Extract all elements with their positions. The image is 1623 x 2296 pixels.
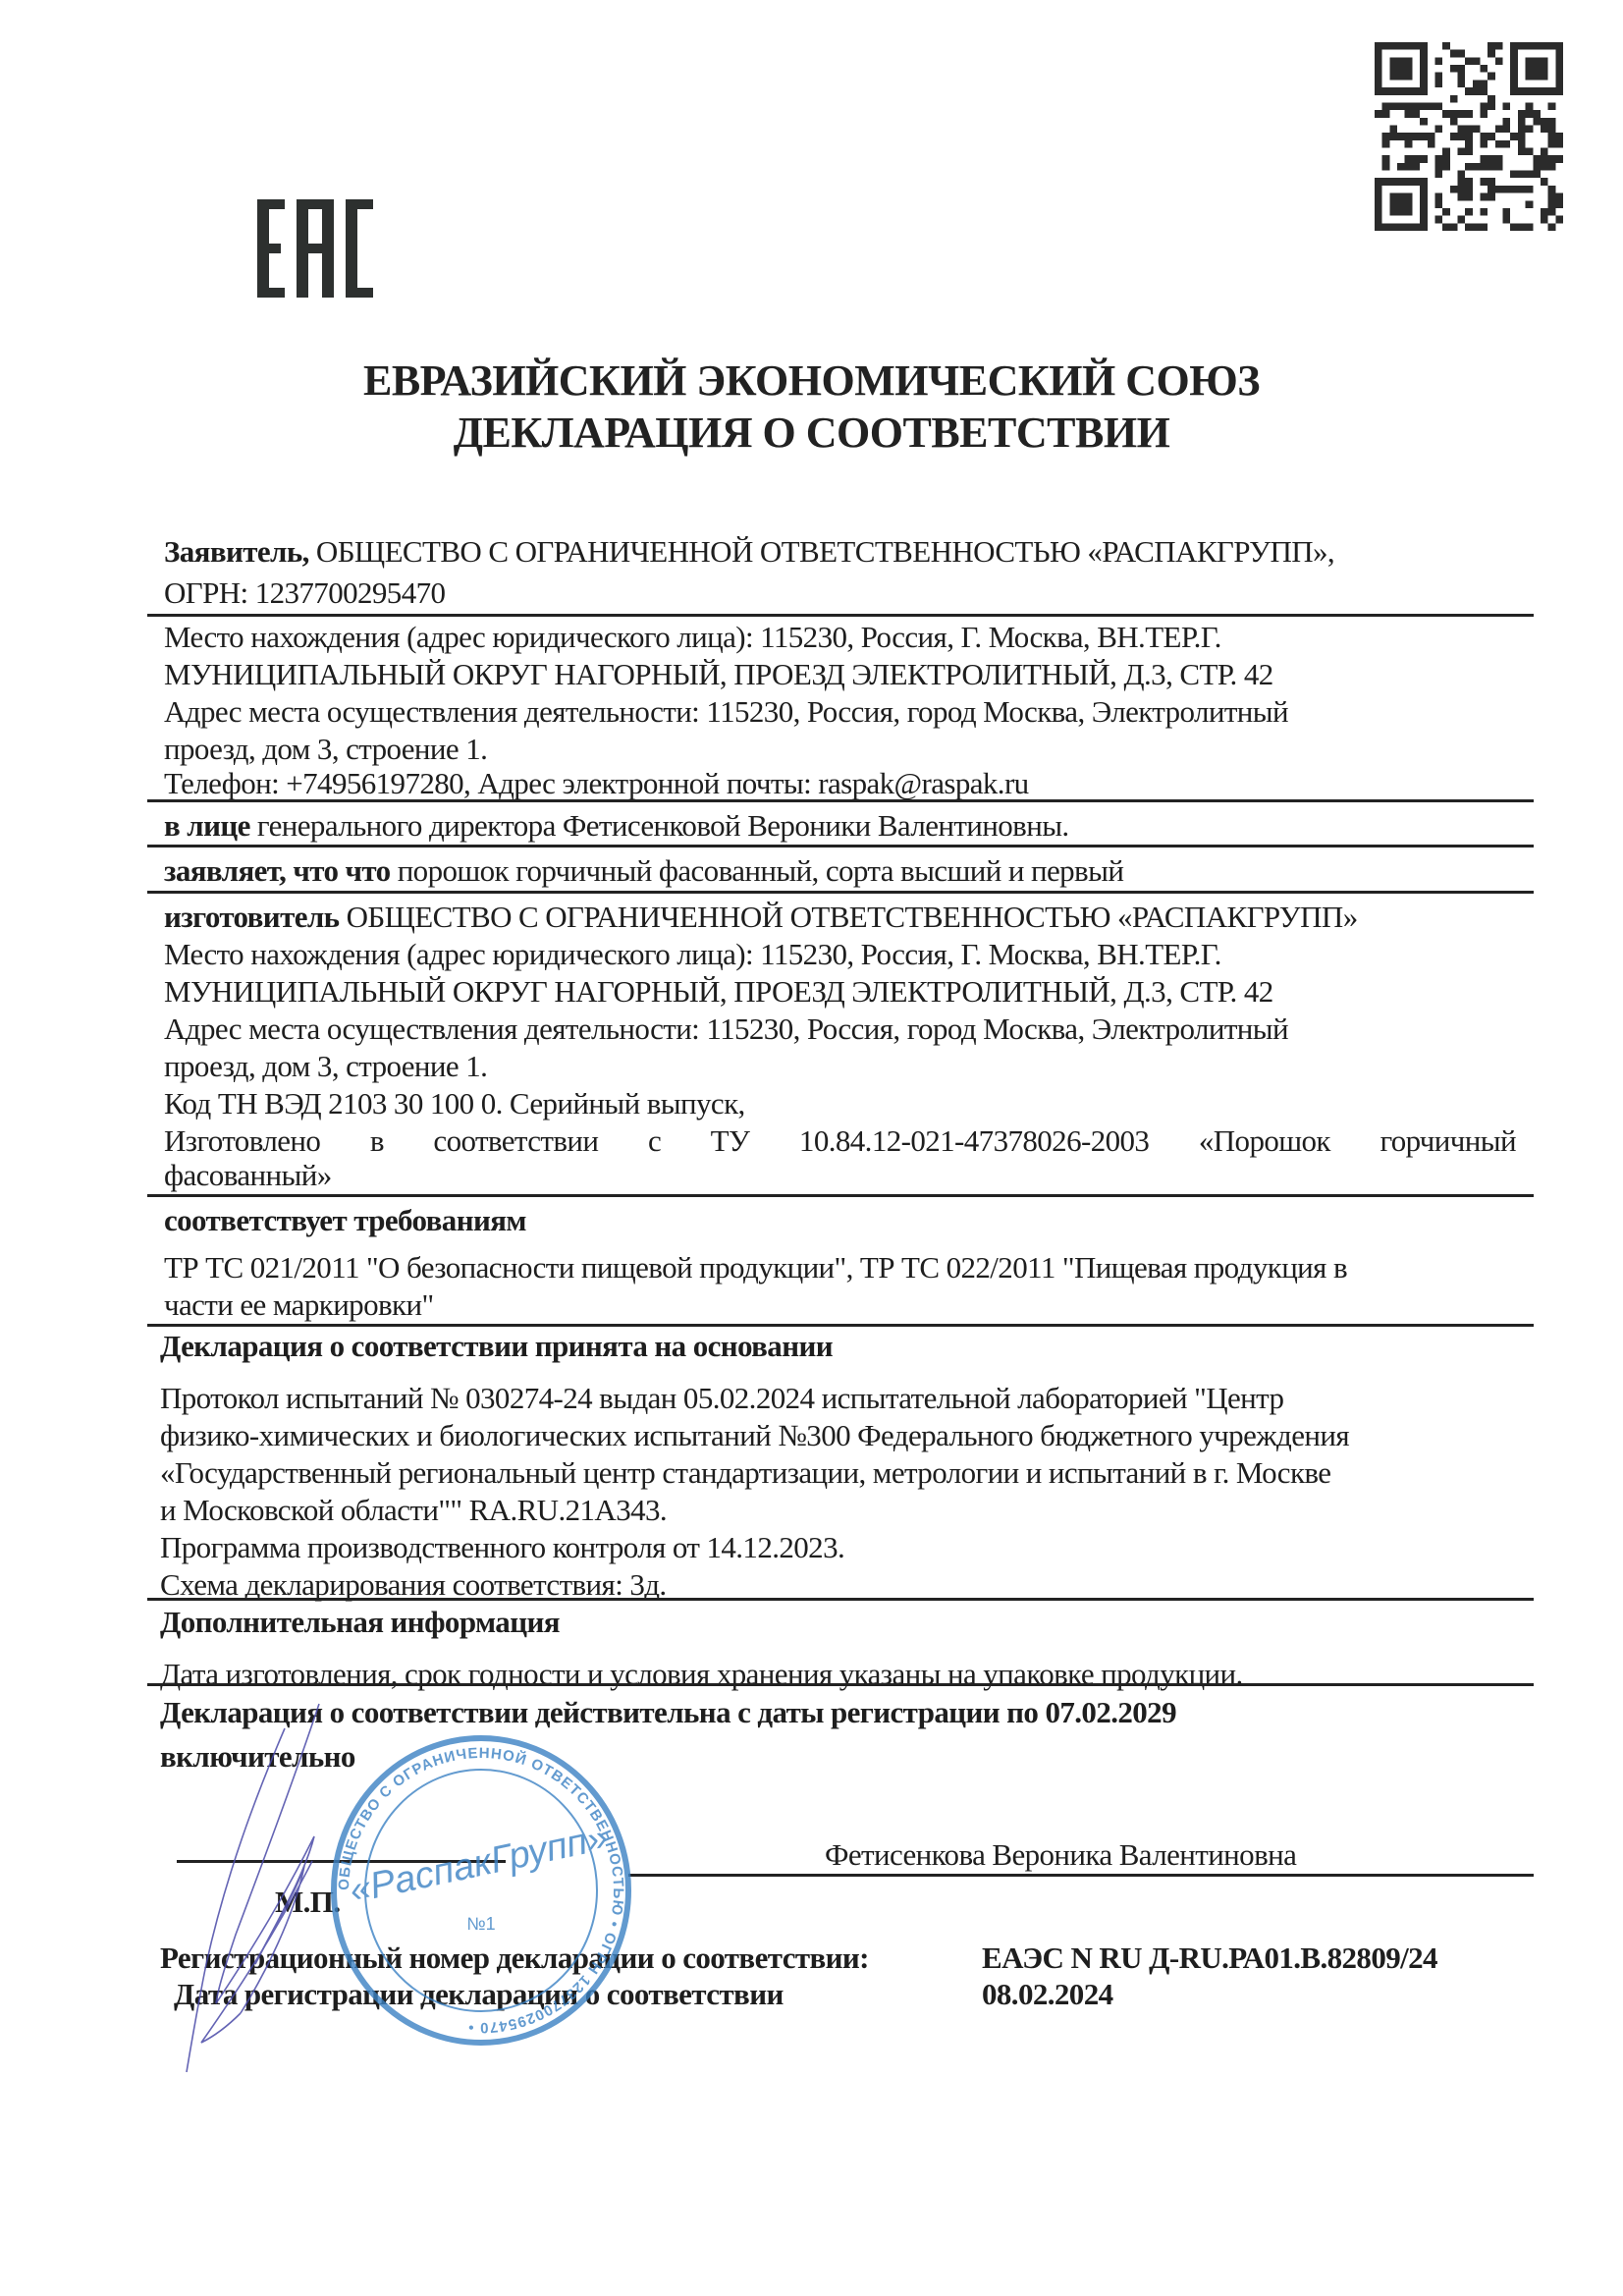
manufacturer-address-2: МУНИЦИПАЛЬНЫЙ ОКРУГ НАГОРНЫЙ, ПРОЕЗД ЭЛЕ… bbox=[164, 973, 1273, 1011]
applicant-ogrn: ОГРН: 1237700295470 bbox=[164, 574, 445, 612]
additional-heading: Дополнительная информация bbox=[160, 1604, 560, 1641]
manufacturer-name: ОБЩЕСТВО С ОГРАНИЧЕННОЙ ОТВЕТСТВЕННОСТЬЮ… bbox=[339, 900, 1357, 934]
divider bbox=[147, 614, 1534, 617]
divider bbox=[147, 1324, 1534, 1327]
svg-text:«РаспакГрупп»: «РаспакГрупп» bbox=[346, 1817, 611, 1912]
applicant-address-1: Место нахождения (адрес юридического лиц… bbox=[164, 619, 1221, 656]
applicant-address-2: МУНИЦИПАЛЬНЫЙ ОКРУГ НАГОРНЫЙ, ПРОЕЗД ЭЛЕ… bbox=[164, 656, 1273, 693]
eac-mark-icon bbox=[257, 199, 373, 298]
manufacturer-label: изготовитель bbox=[164, 900, 339, 934]
manufacturer-address-1: Место нахождения (адрес юридического лиц… bbox=[164, 936, 1221, 973]
applicant-name: ОБЩЕСТВО С ОГРАНИЧЕННОЙ ОТВЕТСТВЕННОСТЬЮ… bbox=[309, 534, 1334, 569]
representative-label: в лице bbox=[164, 808, 250, 843]
made-per-spec-1: Изготовлено в соответствии с ТУ 10.84.12… bbox=[164, 1122, 1516, 1160]
basis-heading: Декларация о соответствии принята на осн… bbox=[160, 1328, 833, 1365]
divider bbox=[147, 1194, 1534, 1197]
declares-line: заявляет, что что порошок горчичный фасо… bbox=[164, 852, 1123, 890]
basis-line-4: и Московской области"" RA.RU.21А343. bbox=[160, 1492, 667, 1529]
qr-code-icon[interactable] bbox=[1375, 42, 1563, 231]
basis-line-1: Протокол испытаний № 030274-24 выдан 05.… bbox=[160, 1380, 1283, 1417]
requirements-heading: соответствует требованиям bbox=[164, 1202, 526, 1239]
divider bbox=[147, 799, 1534, 802]
manufacturer-line: изготовитель ОБЩЕСТВО С ОГРАНИЧЕННОЙ ОТВ… bbox=[164, 899, 1358, 936]
document-title: ДЕКЛАРАЦИЯ О СООТВЕТСТВИИ bbox=[0, 408, 1623, 459]
divider bbox=[147, 1598, 1534, 1601]
requirements-line-2: части ее маркировки" bbox=[164, 1286, 434, 1324]
declares-label: заявляет, что что bbox=[164, 853, 391, 888]
representative-text: генерального директора Фетисенковой Веро… bbox=[250, 808, 1069, 843]
manufacturer-activity-1: Адрес места осуществления деятельности: … bbox=[164, 1011, 1288, 1048]
basis-line-2: физико-химических и биологических испыта… bbox=[160, 1417, 1349, 1454]
signer-name: Фетисенкова Вероника Валентиновна bbox=[825, 1836, 1296, 1874]
product-code: Код ТН ВЭД 2103 30 100 0. Серийный выпус… bbox=[164, 1085, 745, 1122]
company-stamp-icon: ОБЩЕСТВО С ОГРАНИЧЕННОЙ ОТВЕТСТВЕННОСТЬЮ… bbox=[324, 1728, 638, 2052]
registration-number-value: ЕАЭС N RU Д-RU.РА01.В.82809/24 bbox=[982, 1940, 1437, 1977]
divider bbox=[147, 845, 1534, 847]
applicant-line: Заявитель, ОБЩЕСТВО С ОГРАНИЧЕННОЙ ОТВЕТ… bbox=[164, 533, 1334, 571]
applicant-activity-2: проезд, дом 3, строение 1. bbox=[164, 731, 487, 768]
applicant-activity-1: Адрес места осуществления деятельности: … bbox=[164, 693, 1288, 731]
registration-date-value: 08.02.2024 bbox=[982, 1976, 1113, 2013]
applicant-contacts: Телефон: +74956197280, Адрес электронной… bbox=[164, 765, 1029, 802]
product-description: порошок горчичный фасованный, сорта высш… bbox=[391, 853, 1124, 888]
signature-line-right bbox=[628, 1874, 1534, 1877]
manufacturer-activity-2: проезд, дом 3, строение 1. bbox=[164, 1048, 487, 1085]
divider bbox=[147, 891, 1534, 894]
made-per-spec-2: фасованный» bbox=[164, 1157, 332, 1194]
basis-line-3: «Государственный региональный центр стан… bbox=[160, 1454, 1330, 1492]
additional-text: Дата изготовления, срок годности и услов… bbox=[160, 1656, 1243, 1693]
divider bbox=[147, 1683, 1534, 1686]
svg-text:№1: №1 bbox=[466, 1914, 495, 1934]
representative-line: в лице генерального директора Фетисенков… bbox=[164, 807, 1069, 845]
basis-line-5: Программа производственного контроля от … bbox=[160, 1529, 844, 1566]
requirements-line-1: ТР ТС 021/2011 "О безопасности пищевой п… bbox=[164, 1249, 1347, 1286]
applicant-label: Заявитель, bbox=[164, 534, 309, 569]
union-title: ЕВРАЗИЙСКИЙ ЭКОНОМИЧЕСКИЙ СОЮЗ bbox=[0, 355, 1623, 407]
